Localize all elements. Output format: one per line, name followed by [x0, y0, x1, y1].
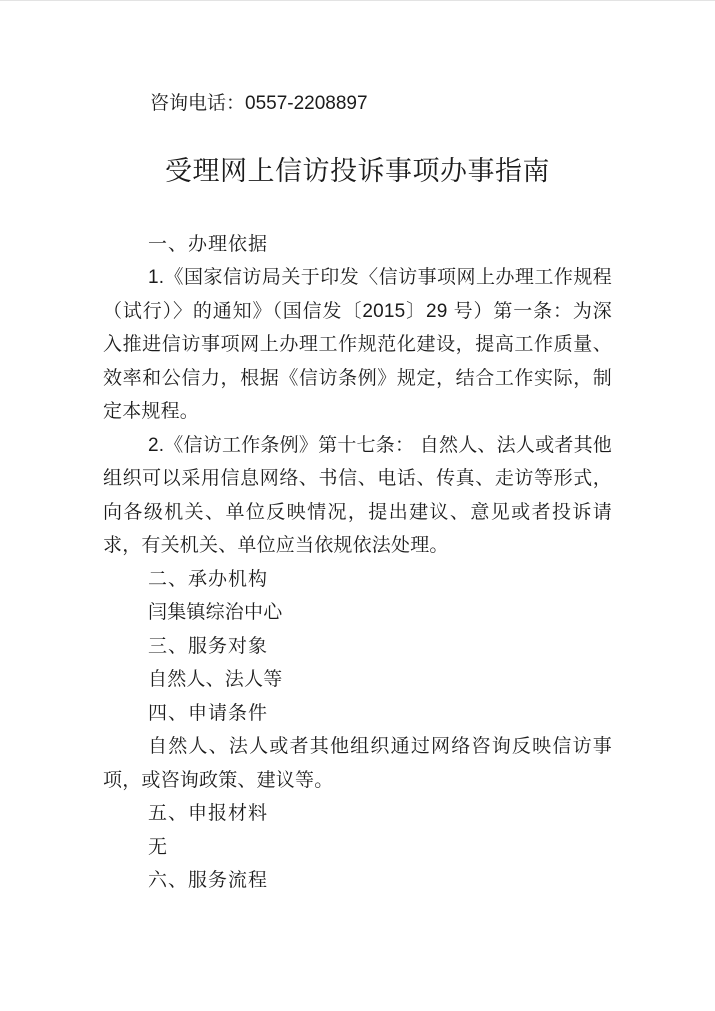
paragraph-audience: 自然人、法人等	[103, 663, 612, 697]
paragraph-agency: 闫集镇综治中心	[103, 596, 612, 630]
contact-phone: 咨询电话：0557-2208897	[103, 87, 612, 121]
section-heading-conditions: 四、申请条件	[103, 697, 612, 731]
paragraph-basis-2: 2.《信访工作条例》第十七条： 自然人、法人或者其他组织可以采用信息网络、书信、…	[103, 429, 612, 563]
section-agency: 二、承办机构 闫集镇综治中心	[103, 563, 612, 630]
section-heading-agency: 二、承办机构	[103, 563, 612, 597]
section-conditions: 四、申请条件 自然人、法人或者其他组织通过网络咨询反映信访事项，或咨询政策、建议…	[103, 697, 612, 798]
paragraph-conditions: 自然人、法人或者其他组织通过网络咨询反映信访事项，或咨询政策、建议等。	[103, 730, 612, 797]
document-page: 咨询电话：0557-2208897 受理网上信访投诉事项办事指南 一、办理依据 …	[0, 0, 715, 1011]
paragraph-materials: 无	[103, 831, 612, 865]
section-heading-basis: 一、办理依据	[103, 228, 612, 262]
paragraph-basis-1: 1.《国家信访局关于印发〈信访事项网上办理工作规程（试行）〉的通知》（国信发〔2…	[103, 261, 612, 429]
section-heading-audience: 三、服务对象	[103, 630, 612, 664]
section-basis: 一、办理依据 1.《国家信访局关于印发〈信访事项网上办理工作规程（试行）〉的通知…	[103, 228, 612, 563]
section-audience: 三、服务对象 自然人、法人等	[103, 630, 612, 697]
section-materials: 五、申报材料 无	[103, 797, 612, 864]
section-heading-materials: 五、申报材料	[103, 797, 612, 831]
section-process: 六、服务流程	[103, 864, 612, 898]
section-heading-process: 六、服务流程	[103, 864, 612, 898]
page-title: 受理网上信访投诉事项办事指南	[103, 147, 612, 195]
